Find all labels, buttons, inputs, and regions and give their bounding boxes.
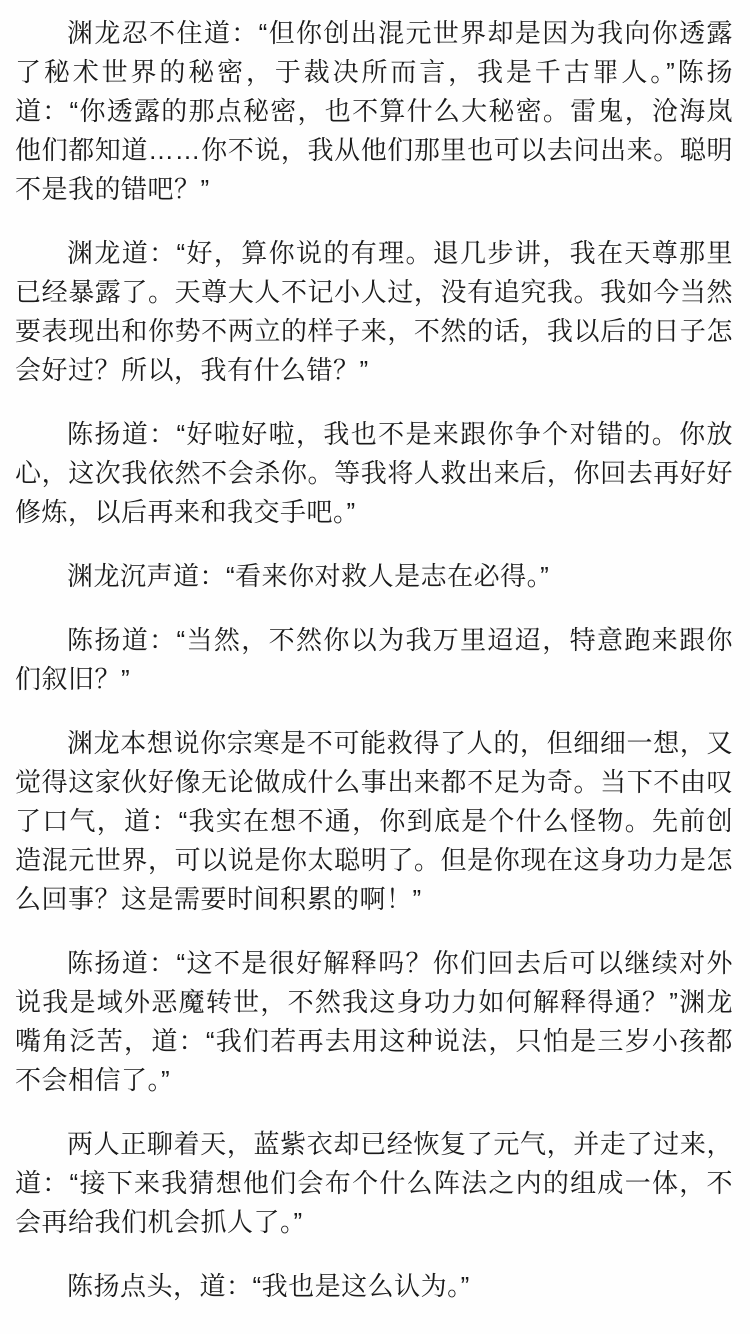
novel-paragraph: 陈扬点头，道：“我也是这么认为。”: [15, 1267, 733, 1306]
novel-paragraph: 渊龙道：“好，算你说的有理。退几步讲，我在天尊那里已经暴露了。天尊大人不记小人过…: [15, 234, 733, 390]
novel-paragraph: 渊龙沉声道：“看来你对救人是志在必得。”: [15, 557, 733, 596]
novel-paragraph: 渊龙本想说你宗寒是不可能救得了人的，但细细一想，又觉得这家伙好像无论做成什么事出…: [15, 724, 733, 919]
novel-paragraph: 陈扬道：“好啦好啦，我也不是来跟你争个对错的。你放心，这次我依然不会杀你。等我将…: [15, 415, 733, 532]
novel-paragraph: 渊龙忍不住道：“但你创出混元世界却是因为我向你透露了秘术世界的秘密，于裁决所而言…: [15, 14, 733, 209]
novel-paragraph: 两人正聊着天，蓝紫衣却已经恢复了元气，并走了过来，道：“接下来我猜想他们会布个什…: [15, 1125, 733, 1242]
novel-paragraph: 陈扬道：“当然，不然你以为我万里迢迢，特意跑来跟你们叙旧？”: [15, 621, 733, 699]
novel-reader-page[interactable]: 渊龙忍不住道：“但你创出混元世界却是因为我向你透露了秘术世界的秘密，于裁决所而言…: [0, 0, 750, 1334]
novel-paragraph: 陈扬道：“这不是很好解释吗？你们回去后可以继续对外说我是域外恶魔转世，不然我这身…: [15, 944, 733, 1100]
